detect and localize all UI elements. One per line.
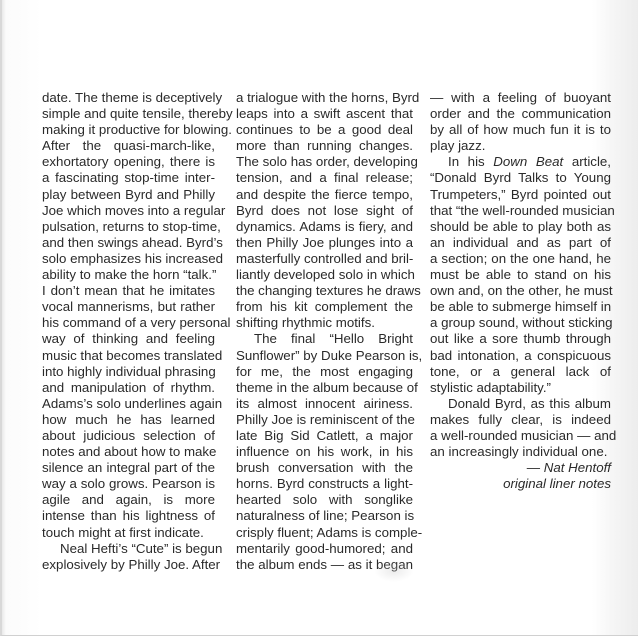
text-line: simple and quite tensile, thereby — [42, 106, 215, 122]
text-line: and despite the fierce tempo, — [236, 187, 413, 203]
text-line: more than running changes. — [236, 138, 413, 154]
text-line: play between Byrd and Philly — [42, 187, 215, 203]
text-line: a trialogue with the horns, Byrd — [236, 90, 413, 106]
text-line: explosively by Philly Joe. After — [42, 557, 215, 573]
author-signature: — Nat Hentoff — [430, 460, 611, 476]
text-line: liantly developed solo in which — [236, 267, 413, 283]
text-line: and then swings ahead. Byrd’s — [42, 235, 215, 251]
text-line: into highly individual phrasing — [42, 364, 215, 380]
text-line: out like a sore thumb through — [430, 331, 611, 347]
text-line: agile and again, is more — [42, 492, 215, 508]
text-line: should be able to play both as — [430, 219, 611, 235]
text-line: Byrd does not lose sight of — [236, 203, 413, 219]
text-line: then Philly Joe plunges into a — [236, 235, 413, 251]
paragraph-start-line: Donald Byrd, as this album — [430, 396, 611, 412]
text-line: how much he has learned — [42, 412, 215, 428]
text-column-1: date. The theme is deceptively simple an… — [42, 90, 215, 573]
text-line: making it productive for blowing. — [42, 122, 215, 138]
text-line: continues to be a good deal — [236, 122, 413, 138]
source-attribution: original liner notes — [430, 476, 611, 492]
down-beat-post: article, — [563, 154, 611, 169]
paragraph-start-line: Neal Hefti’s “Cute” is begun — [42, 541, 215, 557]
text-line: that “the well-rounded musician — [430, 203, 611, 219]
text-line: — with a feeling of buoyant — [430, 90, 611, 106]
text-line: theme in the album because of — [236, 380, 413, 396]
text-line: dynamics. Adams is fiery, and — [236, 219, 413, 235]
text-line: must be able to stand on his — [430, 267, 611, 283]
text-line: horns. Byrd constructs a light- — [236, 476, 413, 492]
paragraph-start-line: The final “Hello Bright — [236, 331, 413, 347]
print-smudge — [374, 560, 414, 582]
text-line: I don’t mean that he imitates — [42, 283, 215, 299]
text-line: “Donald Byrd Talks to Young — [430, 170, 611, 186]
text-line: makes fully clear, is indeed — [430, 412, 611, 428]
text-line: touch might at first indicate. — [42, 525, 215, 541]
text-line: Philly Joe is reminiscent of the — [236, 412, 413, 428]
text-line: Trumpeters,” Byrd pointed out — [430, 187, 611, 203]
text-line: own and, on the other, he must — [430, 283, 611, 299]
text-line: the changing textures he draws — [236, 283, 413, 299]
text-line: Sunflower” by Duke Pearson is, — [236, 348, 413, 364]
text-line: be able to submerge himself in — [430, 299, 611, 315]
text-line: by all of how much fun it is to — [430, 122, 611, 138]
text-line: exhortatory opening, there is — [42, 154, 215, 170]
text-line: his command of a very personal — [42, 315, 215, 331]
text-line: a section; on the one hand, he — [430, 251, 611, 267]
text-line: for me, the most engaging — [236, 364, 413, 380]
text-line: date. The theme is deceptively — [42, 90, 215, 106]
text-line: silence an integral part of the — [42, 460, 215, 476]
text-column-2: a trialogue with the horns, Byrd leaps i… — [236, 90, 413, 573]
text-line: late Big Sid Catlett, a major — [236, 428, 413, 444]
text-line: about judicious selection of — [42, 428, 215, 444]
text-line: brush conversation with the — [236, 460, 413, 476]
text-line: play jazz. — [430, 138, 611, 154]
text-line: and manipulation of rhythm. — [42, 380, 215, 396]
text-line: way a solo grows. Pearson is — [42, 476, 215, 492]
paragraph-start-line: In his Down Beat article, — [430, 154, 611, 170]
text-line: masterfully controlled and bril- — [236, 251, 413, 267]
text-line: The solo has order, developing — [236, 154, 413, 170]
text-line: naturalness of line; Pearson is — [236, 508, 413, 524]
text-line: from his kit complement the — [236, 299, 413, 315]
liner-notes-page: date. The theme is deceptively simple an… — [0, 0, 638, 636]
text-line: way of thinking and feeling — [42, 331, 215, 347]
text-line: its almost innocent airiness. — [236, 396, 413, 412]
text-line: intense than his lightness of — [42, 508, 215, 524]
text-line: Adams’s solo underlines again — [42, 396, 215, 412]
text-line: a fascinating stop-time inter- — [42, 170, 215, 186]
text-line: stylistic adaptability.” — [430, 380, 611, 396]
down-beat-pre: In his — [448, 154, 493, 169]
text-line: leaps into a swift ascent that — [236, 106, 413, 122]
text-line: music that becomes translated — [42, 348, 215, 364]
text-line: solo emphasizes his increased — [42, 251, 215, 267]
text-line: hearted solo with songlike — [236, 492, 413, 508]
text-line: ability to make the horn “talk.” — [42, 267, 215, 283]
text-line: tone, or a general lack of — [430, 364, 611, 380]
text-line: an increasingly individual one. — [430, 444, 611, 460]
text-line: a group sound, without sticking — [430, 315, 611, 331]
text-line: pulsation, returns to stop-time, — [42, 219, 215, 235]
text-line: crisply fluent; Adams is comple- — [236, 525, 413, 541]
faint-bleedthrough-title — [187, 44, 457, 68]
text-line: shifting rhythmic motifs. — [236, 315, 413, 331]
text-line: bad intonation, a conspicuous — [430, 348, 611, 364]
text-line: vocal mannerisms, but rather — [42, 299, 215, 315]
text-line: notes and about how to make — [42, 444, 215, 460]
text-line: tension, and a final release; — [236, 170, 413, 186]
text-line: an individual and as part of — [430, 235, 611, 251]
text-line: a well-rounded musician — and — [430, 428, 611, 444]
text-line: influence on his work, in his — [236, 444, 413, 460]
text-line: Joe which moves into a regular — [42, 203, 215, 219]
text-column-3: — with a feeling of buoyant order and th… — [430, 90, 611, 492]
text-line: order and the communication — [430, 106, 611, 122]
text-line: mentarily good-humored; and — [236, 541, 413, 557]
publication-title: Down Beat — [493, 154, 563, 169]
text-line: After the quasi-march-like, — [42, 138, 215, 154]
